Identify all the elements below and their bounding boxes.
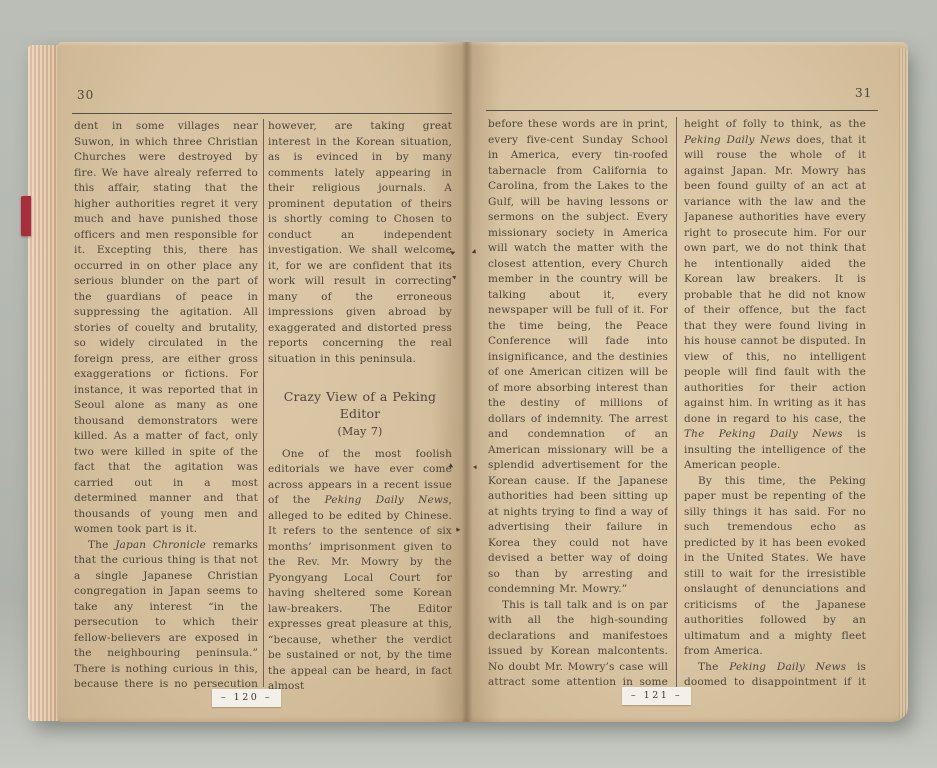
photo-background: 30 dent in some villages near Suwon, in … <box>0 0 937 768</box>
text-column-left-2: however, are taking great interest in th… <box>268 119 452 689</box>
page-left: 30 dent in some villages near Suwon, in … <box>57 42 467 722</box>
page-number-left: 30 <box>77 88 94 102</box>
paragraph: The Japan Chronicle remarks that the cur… <box>74 538 258 690</box>
article-heading: Crazy View of a Peking Editor <box>274 388 446 422</box>
header-rule-left <box>72 113 452 114</box>
publication-title: The Peking Daily News <box>684 428 843 440</box>
paragraph: height of folly to think, as the Peking … <box>684 117 866 474</box>
paragraph: dent in some villages near Suwon, in whi… <box>74 119 258 538</box>
article-dateline: (May 7) <box>268 424 452 440</box>
publication-title: Japan Chronicle <box>115 539 206 551</box>
page-number-right: 31 <box>855 86 872 100</box>
page-right: 31 before these words are in print, ever… <box>467 42 908 722</box>
publication-title: Peking Daily News <box>325 494 449 506</box>
publication-title: Peking Daily News <box>729 661 846 673</box>
publication-title: Peking Daily News <box>684 134 791 146</box>
text-column-right-2: height of folly to think, as the Peking … <box>684 117 866 689</box>
book-spread: 30 dent in some villages near Suwon, in … <box>28 42 908 722</box>
folio-label-right: – 121 – <box>622 687 691 705</box>
paragraph: This is tall talk and is on par with all… <box>488 598 668 690</box>
paragraph: By this time, the Peking paper must be r… <box>684 474 866 660</box>
paragraph: One of the most foolish editorials we ha… <box>268 447 452 690</box>
paragraph: The Peking Daily News is doomed to disap… <box>684 660 866 690</box>
column-divider-left <box>263 119 264 687</box>
column-divider-right <box>676 117 677 687</box>
page-stack-edge <box>28 45 58 721</box>
red-bookmark-ribbon <box>21 196 31 236</box>
paragraph: however, are taking great interest in th… <box>268 119 452 367</box>
text-column-left-1: dent in some villages near Suwon, in whi… <box>74 119 258 689</box>
text-column-right-1: before these words are in print, every f… <box>488 117 668 689</box>
folio-label-left: – 120 – <box>212 689 281 707</box>
header-rule-right <box>486 110 878 111</box>
paragraph: before these words are in print, every f… <box>488 117 668 598</box>
